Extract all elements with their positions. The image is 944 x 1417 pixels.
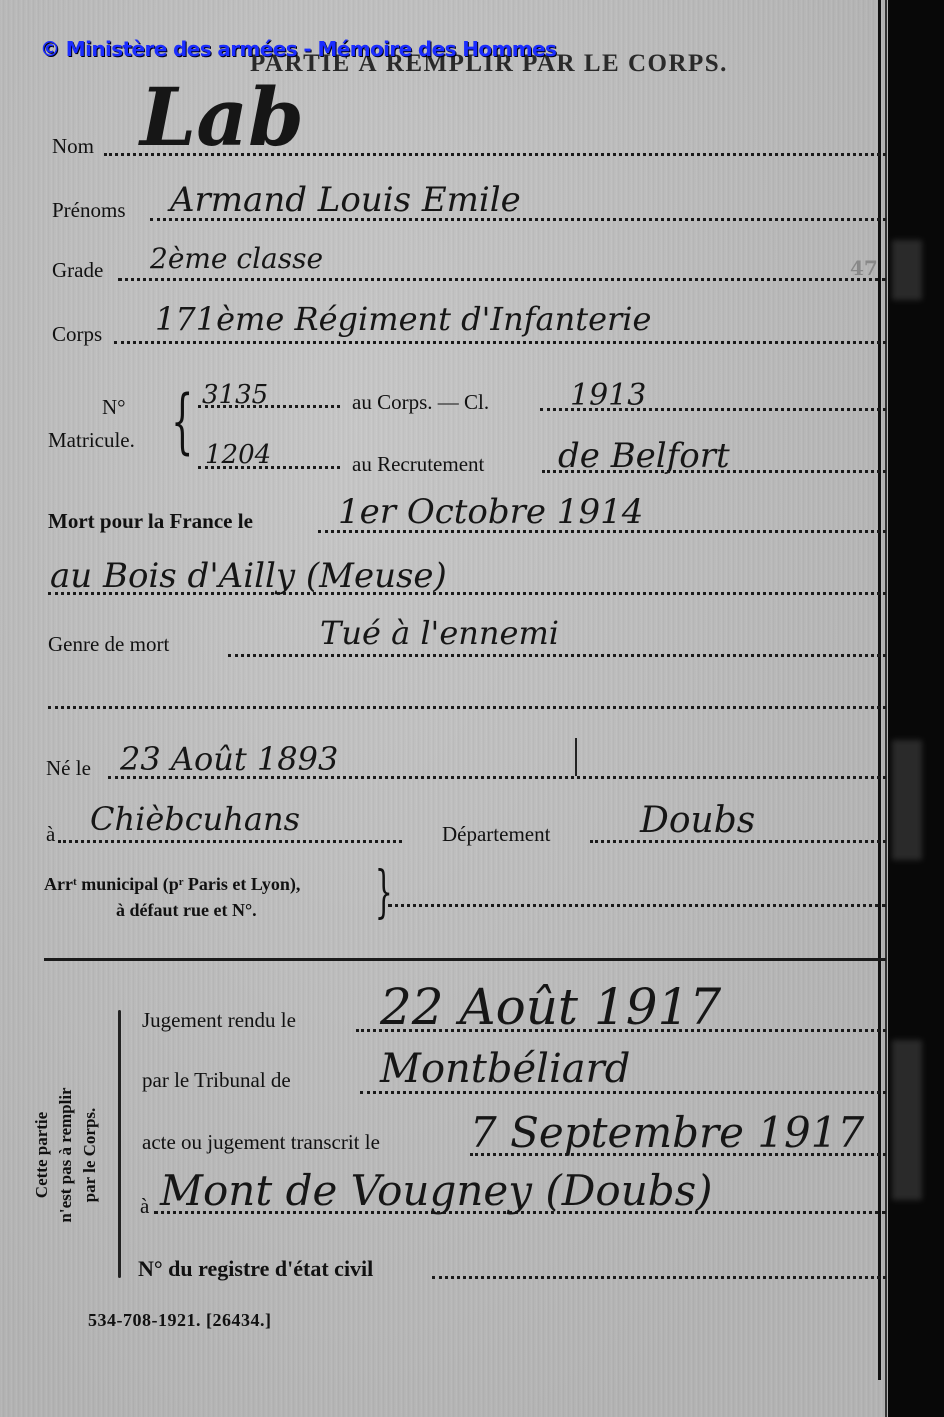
field-line — [114, 341, 886, 344]
value-lieu-naissance: Chièbcuhans — [90, 800, 300, 838]
label-grade: Grade — [52, 258, 103, 283]
field-line — [58, 840, 402, 843]
value-date-deces: 1er Octobre 1914 — [338, 492, 643, 532]
value-departement: Doubs — [640, 800, 755, 841]
label-ne-le: Né le — [46, 756, 91, 781]
divider-mark — [575, 738, 577, 776]
label-prenoms: Prénoms — [52, 198, 126, 223]
label-corps: Corps — [52, 322, 102, 347]
scan-dark-edge — [888, 0, 944, 1417]
label-matricule: Matricule. — [48, 428, 135, 453]
label-tribunal: par le Tribunal de — [142, 1068, 291, 1093]
brace: { — [171, 380, 193, 462]
label-au-recrutement: au Recrutement — [352, 452, 484, 477]
scan-artifact — [892, 1040, 922, 1200]
value-genre-de-mort: Tué à l'ennemi — [320, 614, 559, 652]
value-lieu-transcription: Mont de Vougney (Doubs) — [160, 1166, 713, 1215]
field-line — [118, 278, 886, 281]
value-tribunal: Montbéliard — [380, 1046, 630, 1092]
field-line — [432, 1276, 886, 1279]
label-jugement-rendu: Jugement rendu le — [142, 1008, 296, 1033]
label-transcrit: acte ou jugement transcrit le — [142, 1130, 380, 1155]
brace: } — [375, 860, 393, 925]
value-grade: 2ème classe — [150, 242, 323, 275]
label-genre-de-mort: Genre de mort — [48, 632, 169, 657]
label-mort-pour-la-france: Mort pour la France le — [48, 509, 253, 534]
value-recrutement-number: 1204 — [205, 440, 271, 470]
field-line — [228, 654, 886, 657]
label-lieu-naissance: à — [46, 822, 55, 847]
value-prenoms: Armand Louis Emile — [170, 180, 521, 220]
label-registre: N° du registre d'état civil — [138, 1256, 373, 1282]
label-no: N° — [102, 395, 126, 420]
faded-side-mark: 47 — [850, 256, 878, 280]
value-recrutement-place: de Belfort — [558, 436, 730, 476]
value-jugement-rendu: 22 Août 1917 — [380, 978, 721, 1036]
side-note: Cette partie n'est pas à remplir par le … — [30, 1025, 102, 1285]
value-transcrit: 7 Septembre 1917 — [470, 1108, 864, 1157]
value-date-naissance: 23 Août 1893 — [120, 740, 338, 778]
value-classe: 1913 — [570, 378, 646, 413]
label-departement: Département — [442, 822, 550, 847]
label-nom: Nom — [52, 134, 94, 159]
field-line — [388, 904, 886, 907]
value-corps: 171ème Régiment d'Infanterie — [155, 300, 651, 338]
jugement-brace — [118, 1010, 121, 1278]
form-print-code: 534-708-1921. [26434.] — [88, 1310, 271, 1331]
field-line-blank — [48, 706, 886, 709]
scan-artifact — [892, 740, 922, 860]
label-arrondissement: Arrᵗ municipal (pʳ Paris et Lyon), — [44, 874, 300, 895]
label-lieu-transcription: à — [140, 1194, 149, 1219]
value-corps-number: 3135 — [202, 380, 268, 410]
label-arrondissement-2: à défaut rue et N°. — [116, 900, 257, 921]
value-lieu-deces: au Bois d'Ailly (Meuse) — [50, 556, 447, 596]
label-au-corps: au Corps. — Cl. — [352, 390, 489, 415]
value-nom: Lab — [140, 70, 304, 164]
scan-artifact — [892, 240, 922, 300]
copyright-watermark: © Ministère des armées - Mémoire des Hom… — [40, 37, 556, 61]
section-divider — [44, 958, 886, 961]
right-border-line — [878, 0, 881, 1380]
